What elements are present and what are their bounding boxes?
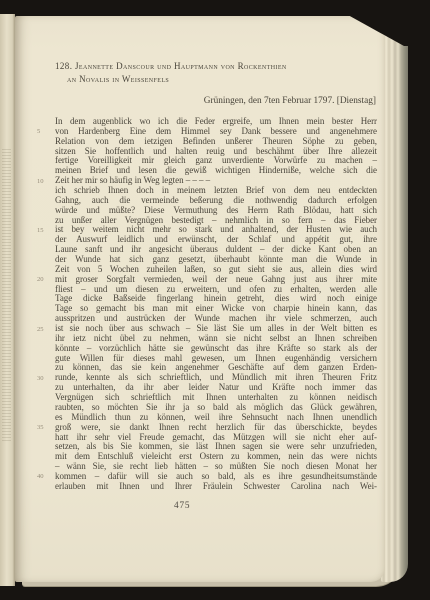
letter-heading-names: Jeannette Danscour und Hauptmann von Roc… xyxy=(75,61,287,71)
page-number: 475 xyxy=(174,501,377,511)
body-text: In dem augenblick wo ich die Feder ergre… xyxy=(55,117,377,492)
body-line-text: Tage so gemacht bis man mit einer Wicke … xyxy=(55,303,377,313)
body-line-text: Tage dicke Baßseide fingerlang hinein ge… xyxy=(55,293,377,303)
margin-line-number: 25 xyxy=(37,325,50,335)
text-block: 128. Jeannette Danscour und Hauptmann vo… xyxy=(55,16,377,511)
body-line-text: In dem augenblick wo ich die Feder ergre… xyxy=(55,116,377,126)
letter-number: 128. xyxy=(55,61,72,71)
body-line-text: der Wunde hat sich ganz gesetzt, überhau… xyxy=(55,254,377,264)
letter-dateline: Grüningen, den 7ten Februar 1797. [Diens… xyxy=(55,96,377,106)
body-line-text: der Auswurf leidlich und erwünscht, der … xyxy=(55,234,377,244)
body-line-text: – wänn Sie, sie recht lieb hätten – so m… xyxy=(55,461,377,471)
body-line-text: setzen, als bis Sie kommen, sie läst Ihn… xyxy=(55,441,377,451)
body-line-text: Zeit von 5 Wochen zuheilen laßen, so gut… xyxy=(55,264,377,274)
body-line-text: ihr ietz nicht übel zu nehmen, wänn sie … xyxy=(55,333,377,343)
body-line-text: gute Willen für dieses mahl gewesen, um … xyxy=(55,353,377,363)
margin-line-number: 35 xyxy=(37,423,50,433)
body-line-text: zu unßer aller Vergnügen bestedigt – neh… xyxy=(55,215,377,225)
body-line-text: Zeit her mir so häufig in Weg legten – –… xyxy=(55,175,210,185)
body-line-text: erlauben mit Ihnen und Ihrer Fräulein Sc… xyxy=(55,481,377,491)
fore-edge-page-stack xyxy=(381,19,408,582)
book-photo: 128. Jeannette Danscour und Hauptmann vo… xyxy=(0,0,430,600)
body-line-text: runde, kennte als sich schrieftlich, und… xyxy=(55,372,377,382)
body-line-text: Vergnügen sich schrieftlich mit Ihnen un… xyxy=(55,392,377,402)
body-line-text: groß were, sie dankt Ihnen recht herzlic… xyxy=(55,422,377,432)
body-line-text: ist bey weitem nicht mehr so stark und a… xyxy=(55,224,377,234)
body-line-text: Laune sanft und ihr angesicht überaus du… xyxy=(55,244,377,254)
book-page: 128. Jeannette Danscour und Hauptmann vo… xyxy=(15,16,385,582)
facing-page-edge xyxy=(0,14,15,586)
margin-line-number: 10 xyxy=(37,177,50,187)
body-line-text: Relation von dem ietzigen Befinden unßer… xyxy=(55,136,377,146)
body-line-text: mit groser Sorgfalt vermieden, weil der … xyxy=(55,274,377,284)
body-line-text: Gahng, auch die vermeinde beßerung die n… xyxy=(55,195,377,205)
body-line-text: es Mündlich thun zu können, weil ihre Se… xyxy=(55,412,377,422)
body-line-text: ich schrieb Ihnen doch in meinem letzten… xyxy=(55,185,377,195)
body-line-text: sitzen Sie hoffentlich und halten reuig … xyxy=(55,146,377,156)
margin-line-number: 40 xyxy=(37,472,50,482)
letter-heading: 128. Jeannette Danscour und Hauptmann vo… xyxy=(55,60,377,85)
margin-line-number: 15 xyxy=(37,226,50,236)
body-line-text: hatt ihr sehr viel Freude gemacht, das M… xyxy=(55,432,377,442)
body-line-text: kommen – dafür will sie auch so bald, al… xyxy=(55,471,377,481)
body-line-text: fertige Voreilligkeit mir gleich ganz un… xyxy=(55,155,377,165)
letter-heading-line1: 128. Jeannette Danscour und Hauptmann vo… xyxy=(55,60,377,73)
facing-page-text-blur xyxy=(2,149,11,441)
body-line-text: könnte – vorzüchlich hätte sie gewünscht… xyxy=(55,343,377,353)
body-line-text: meinen Brief und lesen die gewiß wichtig… xyxy=(55,165,377,175)
body-line: erlauben mit Ihnen und Ihrer Fräulein Sc… xyxy=(55,482,377,492)
margin-line-number: 20 xyxy=(37,275,50,285)
body-line-text: fliest – und um diesen zu erweitern, und… xyxy=(55,284,377,294)
body-line-text: zu unterhalten, da ihr aber leider Natur… xyxy=(55,382,377,392)
body-line-text: ausspritzen und austrücken der Wunde mac… xyxy=(55,313,377,323)
body-line-text: mit dem Entschluß vieleicht erst Ostern … xyxy=(55,451,377,461)
body-line-text: zu können, das sie kein angenehmer Gesch… xyxy=(55,362,377,372)
margin-line-number: 5 xyxy=(37,127,50,137)
body-line-text: ist sie noch über aus schwach – Sie läst… xyxy=(55,323,377,333)
body-line-text: raubten, so möchten Sie ihr ja so bald a… xyxy=(55,402,377,412)
body-line-text: von Hardenberg Eine dem Himmel sey Dank … xyxy=(55,126,377,136)
body-line-text: würde und müßte? Diese Vermuthung des He… xyxy=(55,205,377,215)
margin-line-number: 30 xyxy=(37,374,50,384)
letter-heading-line2: an Novalis in Weissenfels xyxy=(67,73,377,86)
